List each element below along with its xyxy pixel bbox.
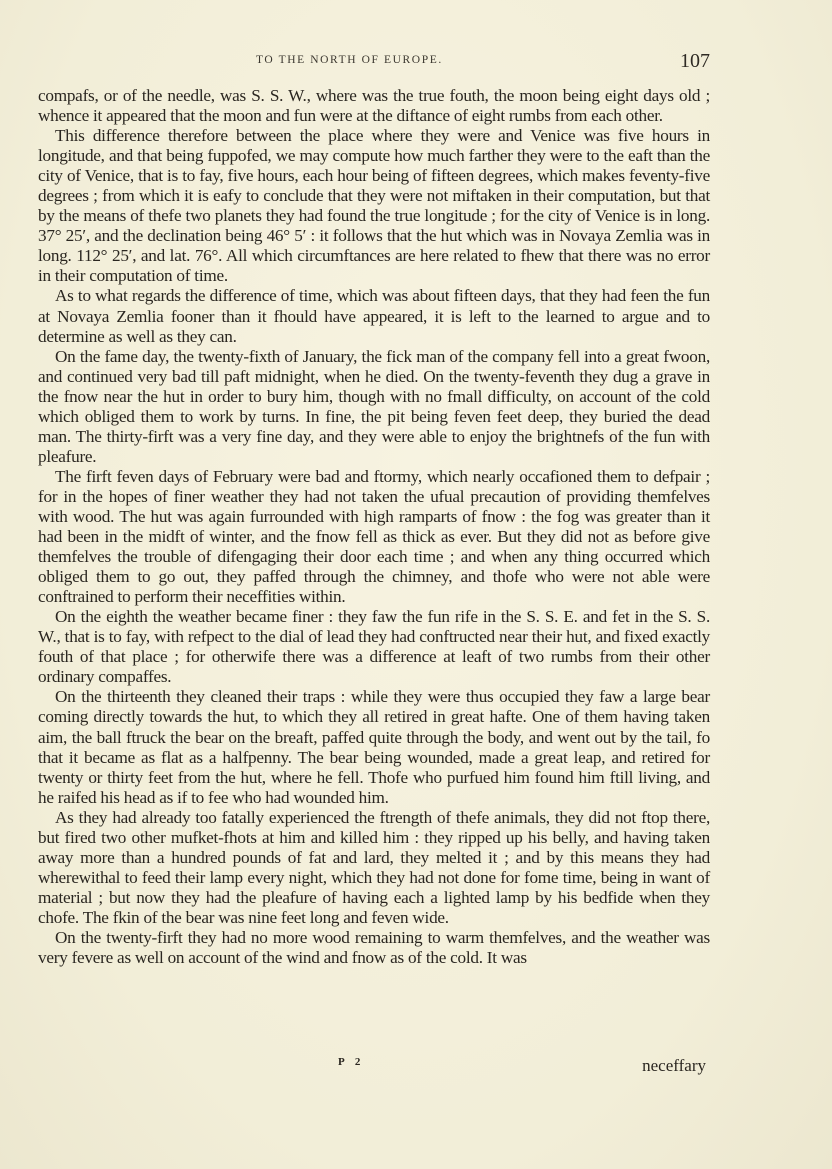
running-title: TO THE NORTH OF EUROPE. [256, 54, 443, 66]
paragraph: This difference therefore between the pl… [38, 126, 710, 286]
paragraph: On the thirteenth they cleaned their tra… [38, 687, 710, 807]
paragraph: As to what regards the difference of tim… [38, 286, 710, 346]
paragraph: As they had already too fatally experien… [38, 808, 710, 928]
paragraph: On the eighth the weather became finer :… [38, 607, 710, 687]
body-text: compafs, or of the needle, was S. S. W.,… [38, 86, 710, 968]
running-head: TO THE NORTH OF EUROPE. 107 [38, 54, 710, 74]
paragraph: On the twenty-firft they had no more woo… [38, 928, 710, 968]
paragraph: compafs, or of the needle, was S. S. W.,… [38, 86, 710, 126]
paragraph: The firft feven days of February were ba… [38, 467, 710, 607]
page-footer: P 2 neceffary [38, 1056, 710, 1078]
page-number: 107 [680, 50, 710, 73]
signature-mark: P 2 [338, 1056, 364, 1068]
catchword: neceffary [642, 1056, 706, 1076]
paragraph: On the fame day, the twenty-fixth of Jan… [38, 347, 710, 467]
